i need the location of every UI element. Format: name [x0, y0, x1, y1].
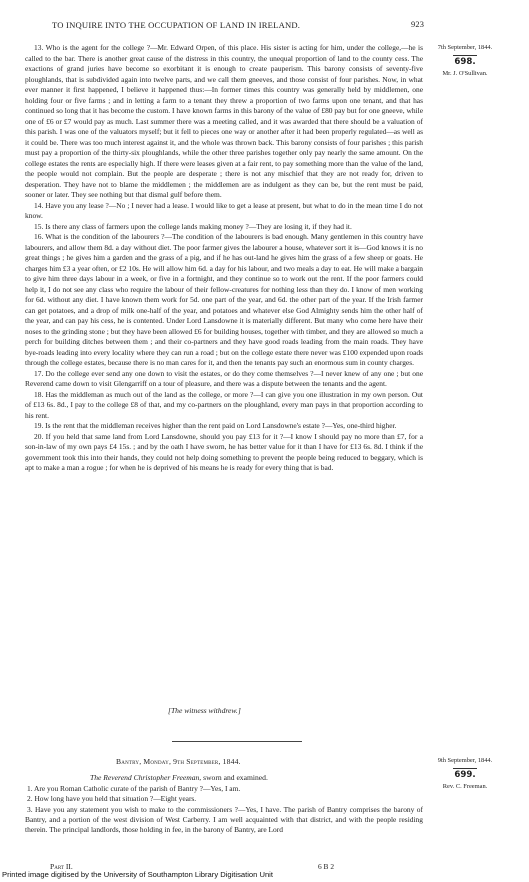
section-divider	[172, 741, 302, 742]
margin-date: 7th September, 1844.	[425, 44, 505, 51]
margin-date: 9th September, 1844.	[425, 757, 505, 764]
testimony-freeman: 1. Are you Roman Catholic curate of the …	[25, 784, 423, 835]
witness-intro-suffix: sworn and examined.	[201, 773, 268, 782]
paragraph-q19: 19. Is the rent that the middleman recei…	[25, 421, 423, 432]
witness-intro: The Reverend Christopher Freeman, sworn …	[90, 773, 268, 782]
witness-withdrew-note: [The witness withdrew.]	[168, 706, 241, 715]
margin-witness-name: Rev. C. Freeman.	[425, 783, 505, 790]
paragraph-q15: 15. Is there any class of farmers upon t…	[25, 222, 423, 233]
margin-note-699: 9th September, 1844. 699. Rev. C. Freema…	[425, 757, 505, 790]
paragraph-q17: 17. Do the college ever send any one dow…	[25, 369, 423, 390]
paragraph-q1: 1. Are you Roman Catholic curate of the …	[25, 784, 423, 794]
paragraph-q3: 3. Have you any statement you wish to ma…	[25, 805, 423, 836]
paragraph-q14: 14. Have you any lease ?—No ; I never ha…	[25, 201, 423, 222]
paragraph-q18: 18. Has the middleman as much out of the…	[25, 390, 423, 422]
paragraph-q2: 2. How long have you held that situation…	[25, 794, 423, 804]
signature-mark: 6 B 2	[318, 862, 334, 871]
witness-name: The Reverend Christopher Freeman,	[90, 773, 201, 782]
paragraph-q16: 16. What is the condition of the laboure…	[25, 232, 423, 369]
testimony-osullivan: 13. Who is the agent for the college ?—M…	[25, 43, 423, 474]
margin-note-698: 7th September, 1844. 698. Mr. J. O'Sulli…	[425, 44, 505, 77]
paragraph-q13: 13. Who is the agent for the college ?—M…	[25, 43, 423, 201]
running-title: TO INQUIRE INTO THE OCCUPATION OF LAND I…	[52, 20, 300, 30]
witness-number: 698.	[453, 55, 477, 67]
digitisation-credit: Printed image digitised by the Universit…	[2, 870, 273, 879]
page-number: 923	[411, 20, 424, 29]
session-heading: Bantry, Monday, 9th September, 1844.	[116, 757, 241, 766]
margin-witness-name: Mr. J. O'Sullivan.	[425, 70, 505, 77]
witness-number: 699.	[453, 768, 477, 780]
paragraph-q20: 20. If you held that same land from Lord…	[25, 432, 423, 474]
